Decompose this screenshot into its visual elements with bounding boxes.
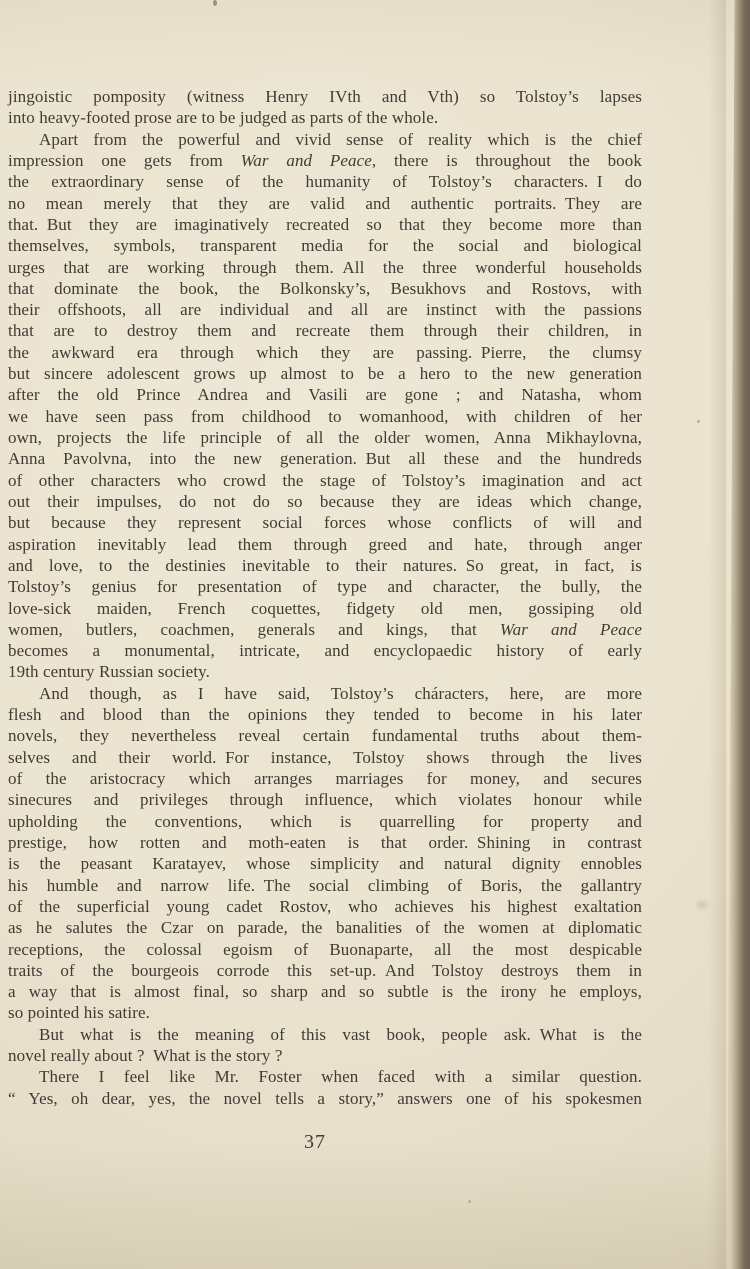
text-line: themselves, symbols, transparent media f… bbox=[8, 235, 642, 256]
text-line: after the old Prince Andrea and Vasili a… bbox=[8, 384, 642, 405]
text-line: prestige, how rotten and moth-eaten is t… bbox=[8, 832, 642, 853]
text-line: we have seen pass from childhood to woma… bbox=[8, 406, 642, 427]
text-line: own, projects the life principle of all … bbox=[8, 427, 642, 448]
text-line: 19th century Russian society. bbox=[8, 661, 642, 682]
text-line: Apart from the powerful and vivid sense … bbox=[8, 129, 642, 150]
text-line: so pointed his satire. bbox=[8, 1002, 642, 1023]
text-line: a way that is almost final, so sharp and… bbox=[8, 981, 642, 1002]
paper-stain bbox=[694, 898, 710, 912]
text-line: And though, as I have said, Tolstoy’s ch… bbox=[8, 683, 642, 704]
paragraph: But what is the meaning of this vast boo… bbox=[8, 1024, 642, 1067]
book-page-scan: jingoistic pomposity (witness Henry IVth… bbox=[0, 0, 750, 1269]
text-line: that. But they are imaginatively recreat… bbox=[8, 214, 642, 235]
text-line: love-sick maiden, French coquettes, fidg… bbox=[8, 598, 642, 619]
text-line: receptions, the colossal egoism of Buona… bbox=[8, 939, 642, 960]
text-line: novel really about ? What is the story ? bbox=[8, 1045, 642, 1066]
text-block: jingoistic pomposity (witness Henry IVth… bbox=[8, 86, 642, 1109]
text-segment: , there is throughout the book bbox=[372, 151, 642, 170]
text-line: novels, they nevertheless reveal certain… bbox=[8, 725, 642, 746]
text-line: as he salutes the Czar on parade, the ba… bbox=[8, 917, 642, 938]
text-line: their offshoots, all are individual and … bbox=[8, 299, 642, 320]
text-line: no mean merely that they are valid and a… bbox=[8, 193, 642, 214]
text-line: but because they represent social forces… bbox=[8, 512, 642, 533]
text-line: the extraordinary sense of the humanity … bbox=[8, 171, 642, 192]
text-line: Tolstoy’s genius for presentation of typ… bbox=[8, 576, 642, 597]
text-line: “ Yes, oh dear, yes, the novel tells a s… bbox=[8, 1088, 642, 1109]
text-line: upholding the conventions, which is quar… bbox=[8, 811, 642, 832]
text-line: jingoistic pomposity (witness Henry IVth… bbox=[8, 86, 642, 107]
text-line: of the superficial young cadet Rostov, w… bbox=[8, 896, 642, 917]
paper-speck bbox=[468, 1200, 471, 1203]
text-line: There I feel like Mr. Foster when faced … bbox=[8, 1066, 642, 1087]
text-line: that are to destroy them and recreate th… bbox=[8, 320, 642, 341]
text-line: traits of the bourgeois corrode this set… bbox=[8, 960, 642, 981]
text-line: into heavy-footed prose are to be judged… bbox=[8, 107, 642, 128]
page-edge-shadow bbox=[708, 0, 726, 1269]
text-line: impression one gets from War and Peace, … bbox=[8, 150, 642, 171]
text-line: out their impulses, do not do so because… bbox=[8, 491, 642, 512]
text-line: urges that are working through them. All… bbox=[8, 257, 642, 278]
text-line: women, butlers, coachmen, generals and k… bbox=[8, 619, 642, 640]
book-title-italic: War and Peace bbox=[241, 151, 372, 170]
text-line: of other characters who crowd the stage … bbox=[8, 470, 642, 491]
page-number: 37 bbox=[8, 1131, 622, 1154]
text-line: is the peasant Karatayev, whose simplici… bbox=[8, 853, 642, 874]
paper-speck bbox=[213, 0, 217, 6]
text-line: but sincere adolescent grows up almost t… bbox=[8, 363, 642, 384]
text-line: Anna Pavolvna, into the new generation. … bbox=[8, 448, 642, 469]
text-line: sinecures and privileges through influen… bbox=[8, 789, 642, 810]
text-line: and love, to the destinies inevitable to… bbox=[8, 555, 642, 576]
text-line: his humble and narrow life. The social c… bbox=[8, 875, 642, 896]
paragraph: Apart from the powerful and vivid sense … bbox=[8, 129, 642, 683]
paragraph: There I feel like Mr. Foster when faced … bbox=[8, 1066, 642, 1109]
text-segment: impression one gets from bbox=[8, 151, 241, 170]
text-line: But what is the meaning of this vast boo… bbox=[8, 1024, 642, 1045]
text-line: of the aristocracy which arranges marria… bbox=[8, 768, 642, 789]
text-line: becomes a monumental, intricate, and enc… bbox=[8, 640, 642, 661]
paper-speck bbox=[697, 420, 700, 423]
paragraph: jingoistic pomposity (witness Henry IVth… bbox=[8, 86, 642, 129]
text-line: flesh and blood than the opinions they t… bbox=[8, 704, 642, 725]
text-line: the awkward era through which they are p… bbox=[8, 342, 642, 363]
text-line: aspiration inevitably lead them through … bbox=[8, 534, 642, 555]
text-line: selves and their world. For instance, To… bbox=[8, 747, 642, 768]
text-line: that dominate the book, the Bolkonsky’s,… bbox=[8, 278, 642, 299]
paragraph: And though, as I have said, Tolstoy’s ch… bbox=[8, 683, 642, 1024]
book-title-italic: War and Peace bbox=[500, 620, 642, 639]
text-segment: women, butlers, coachmen, generals and k… bbox=[8, 620, 500, 639]
